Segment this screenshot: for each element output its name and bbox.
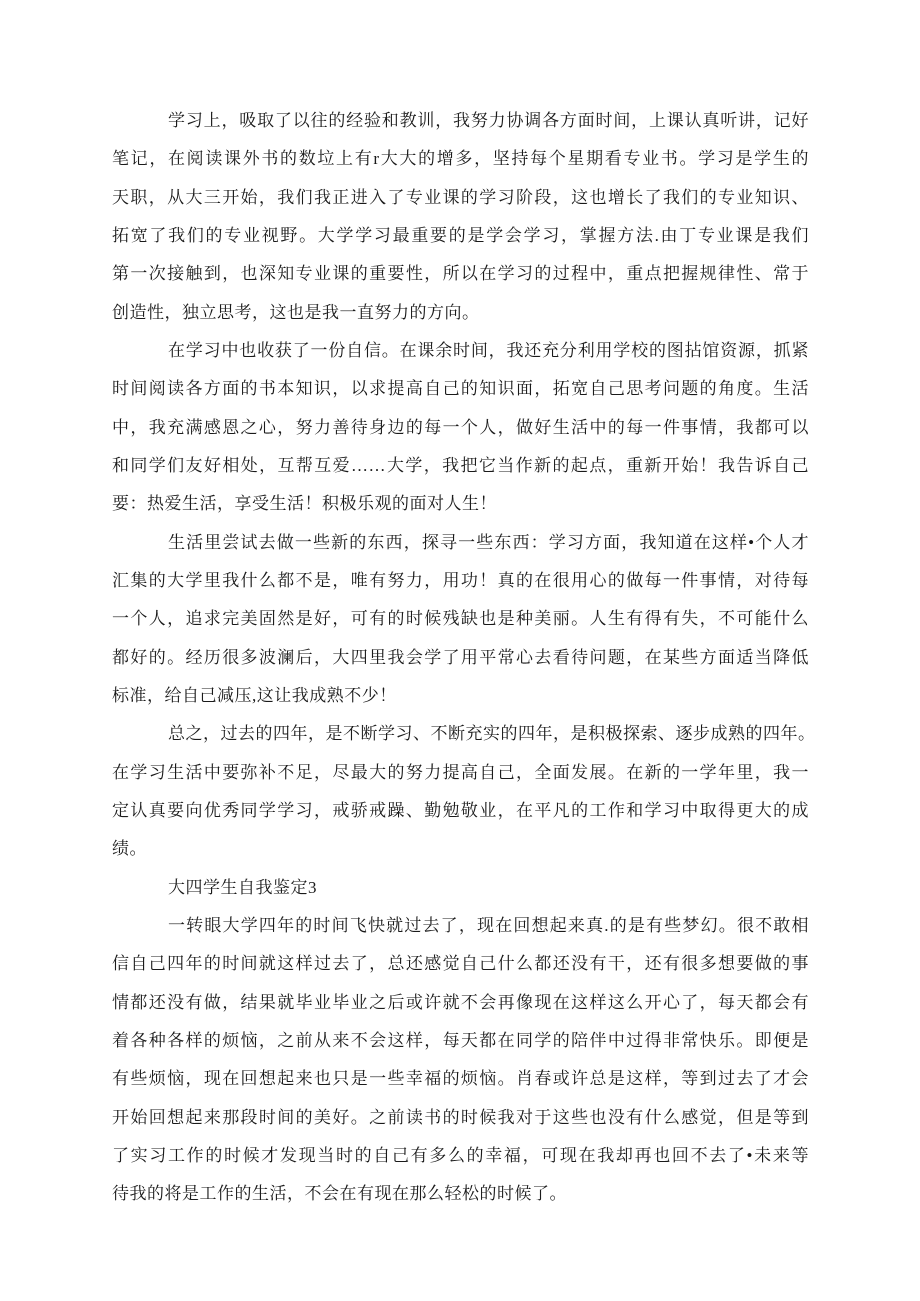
text-line: 生活里尝试去做一些新的东西，探寻一些东西：学习方面，我知道在这样•个人才 [112,524,809,562]
document-body: 学习上，吸取了以往的经验和教训，我努力协调各方面时间，上课认真听讲，记好笔记，在… [112,102,809,1214]
text-line: 一个人，追求完美固然是好，可有的时候残缺也是种美丽。人生有得有失，不可能什么 [112,600,809,638]
text-line: 绩。 [112,830,809,868]
text-line: 时间阅读各方面的书本知识，以求提高自己的知识面，拓宽自己思考问题的角度。生活 [112,370,809,408]
text-line: 笔记，在阅读课外书的数垃上有r大大的增多，坚持每个星期看专业书。学习是学生的 [112,140,809,178]
text-line: 信自己四年的时间就这样过去了，总还感觉自己什么都还没有干，还有很多想要做的事 [112,945,809,983]
text-line: 汇集的大学里我什么都不是，唯有努力，用功！真的在很用心的做每一件事情，对待每 [112,562,809,600]
text-line: 创造性，独立思考，这也是我一直努力的方向。 [112,294,809,332]
text-line: 学习上，吸取了以往的经验和教训，我努力协调各方面时间，上课认真听讲，记好 [112,102,809,140]
document-page: 学习上，吸取了以往的经验和教训，我努力协调各方面时间，上课认真听讲，记好笔记，在… [0,0,920,1301]
text-line: 在学习生活中要弥补不足，尽最大的努力提高自己，全面发展。在新的一学年里，我一 [112,754,809,792]
text-line: 都好的。经历很多波澜后，大四里我会学了用平常心去看待问题，在某些方面适当降低 [112,639,809,677]
text-line: 待我的将是工作的生活，不会在有现在那么轻松的时候了。 [112,1175,809,1213]
section-heading: 大四学生自我鉴定3 [112,869,809,907]
text-line: 要：热爱生活，享受生活！积极乐观的面对人生！ [112,485,809,523]
text-line: 有些烦恼，现在回想起来也只是一些幸福的烦恼。肖春或许总是这样，等到过去了才会 [112,1060,809,1098]
paragraph: 生活里尝试去做一些新的东西，探寻一些东西：学习方面，我知道在这样•个人才汇集的大… [112,524,809,716]
text-line: 开始回想起来那段时间的美好。之前读书的时候我对于这些也没有什么感觉，但是等到 [112,1099,809,1137]
text-line: 在学习中也收获了一份自信。在课余时间，我还充分利用学校的图拈馆资源，抓紧 [112,332,809,370]
paragraph: 在学习中也收获了一份自信。在课余时间，我还充分利用学校的图拈馆资源，抓紧时间阅读… [112,332,809,524]
text-line: 着各种各样的烦恼，之前从来不会这样，每天都在同学的陪伴中过得非常快乐。即便是 [112,1022,809,1060]
text-line: 大四学生自我鉴定3 [112,869,809,907]
text-line: 天职，从大三开始，我们我正进入了专业课的学习阶段，这也增长了我们的专业知识、 [112,179,809,217]
text-line: 标准，给自己减压,这让我成熟不少！ [112,677,809,715]
paragraph: 一转眼大学四年的时间飞快就过去了，现在回想起来真.的是有些梦幻。很不敢相信自己四… [112,907,809,1214]
text-line: 定认真要向优秀同学学习，戒骄戒躁、勤勉敬业，在平凡的工作和学习中取得更大的成 [112,792,809,830]
paragraph: 学习上，吸取了以往的经验和教训，我努力协调各方面时间，上课认真听讲，记好笔记，在… [112,102,809,332]
text-line: 了实习工作的时候才发现当时的自己有多么的幸福，可现在我却再也回不去了•未来等 [112,1137,809,1175]
paragraph: 总之，过去的四年，是不断学习、不断充实的四年，是积极探索、逐步成熟的四年。在学习… [112,715,809,868]
text-line: 情都还没有做，结果就毕业毕业之后或许就不会再像现在这样这么开心了，每天都会有 [112,984,809,1022]
text-line: 拓宽了我们的专业视野。大学学习最重要的是学会学习，掌握方法.由丁专业课是我们 [112,217,809,255]
text-line: 中，我充满感恩之心，努力善待身边的每一个人，做好生活中的每一件事情，我都可以 [112,409,809,447]
text-line: 一转眼大学四年的时间飞快就过去了，现在回想起来真.的是有些梦幻。很不敢相 [112,907,809,945]
text-line: 总之，过去的四年，是不断学习、不断充实的四年，是积极探索、逐步成熟的四年。 [112,715,809,753]
text-line: 第一次接触到，也深知专业课的重要性，所以在学习的过程中，重点把握规律性、常于 [112,255,809,293]
text-line: 和同学们友好相处，互帮互爱……大学，我把它当作新的起点，重新开始！我告诉自己 [112,447,809,485]
